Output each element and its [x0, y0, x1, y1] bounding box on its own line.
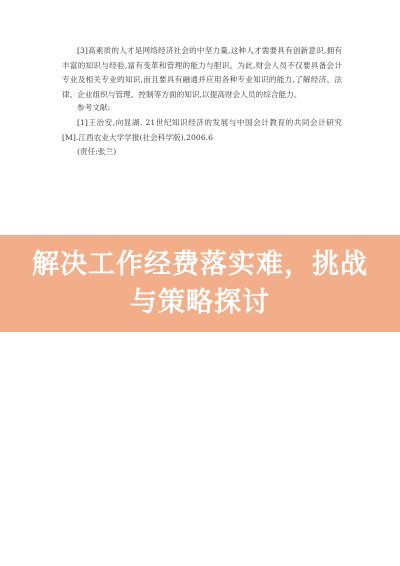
editor-note: (责任:张兰): [62, 145, 342, 160]
document-excerpt: [3]高素质的人才是网络经济社会的中坚力量,这种人才需要具有创新意识,拥有丰富的…: [62, 44, 342, 160]
body-paragraph: [3]高素质的人才是网络经济社会的中坚力量,这种人才需要具有创新意识,拥有丰富的…: [62, 44, 342, 102]
references-heading: 参考文献:: [62, 101, 342, 116]
reference-item: [1]王治安,向显湖. 21世纪知识经济的发展与中国会计教育的共同会计研究[M]…: [62, 116, 342, 145]
title-banner: 解决工作经费落实难，挑战与策略探讨: [0, 235, 400, 332]
article-title: 解决工作经费落实难，挑战与策略探讨: [20, 246, 380, 322]
